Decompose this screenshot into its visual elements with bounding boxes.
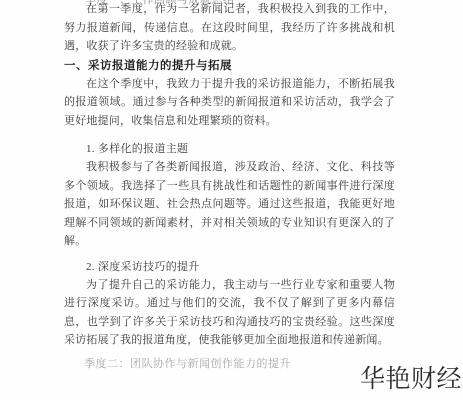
section-lead-paragraph: 在这个季度中，我致力于提升我的采访报道能力，不断拓展我的报道领域。通过参与各种类…: [64, 75, 395, 131]
subsection-2-title: 2. 深度采访技巧的提升: [86, 258, 395, 276]
document-content: 在第一季度，作为一名新闻记者，我积极投入到我的工作中，努力报道新闻，传递信息。在…: [64, 0, 395, 373]
watermark-text: 华艳财经: [360, 363, 462, 395]
intro-paragraph: 在第一季度，作为一名新闻记者，我积极投入到我的工作中，努力报道新闻，传递信息。在…: [64, 0, 395, 56]
section-heading: 一、采访报道能力的提升与拓展: [64, 57, 395, 75]
subsection-1-paragraph: 我积极参与了各类新闻报道，涉及政治、经济、文化、科技等多个领域。我选择了一些具有…: [64, 158, 395, 251]
next-section-header-faded: 季度二：团队协作与新闻创作能力的提升: [84, 355, 395, 373]
subsection-2-paragraph: 为了提升自己的采访能力，我主动与一些行业专家和重要人物进行深度采访。通过与他们的…: [64, 276, 395, 350]
subsection-1-title: 1. 多样化的报道主题: [86, 140, 395, 158]
document-page: 季度一：工作回顾与成就总结 在第一季度，作为一名新闻记者，我积极投入到我的工作中…: [0, 0, 463, 400]
